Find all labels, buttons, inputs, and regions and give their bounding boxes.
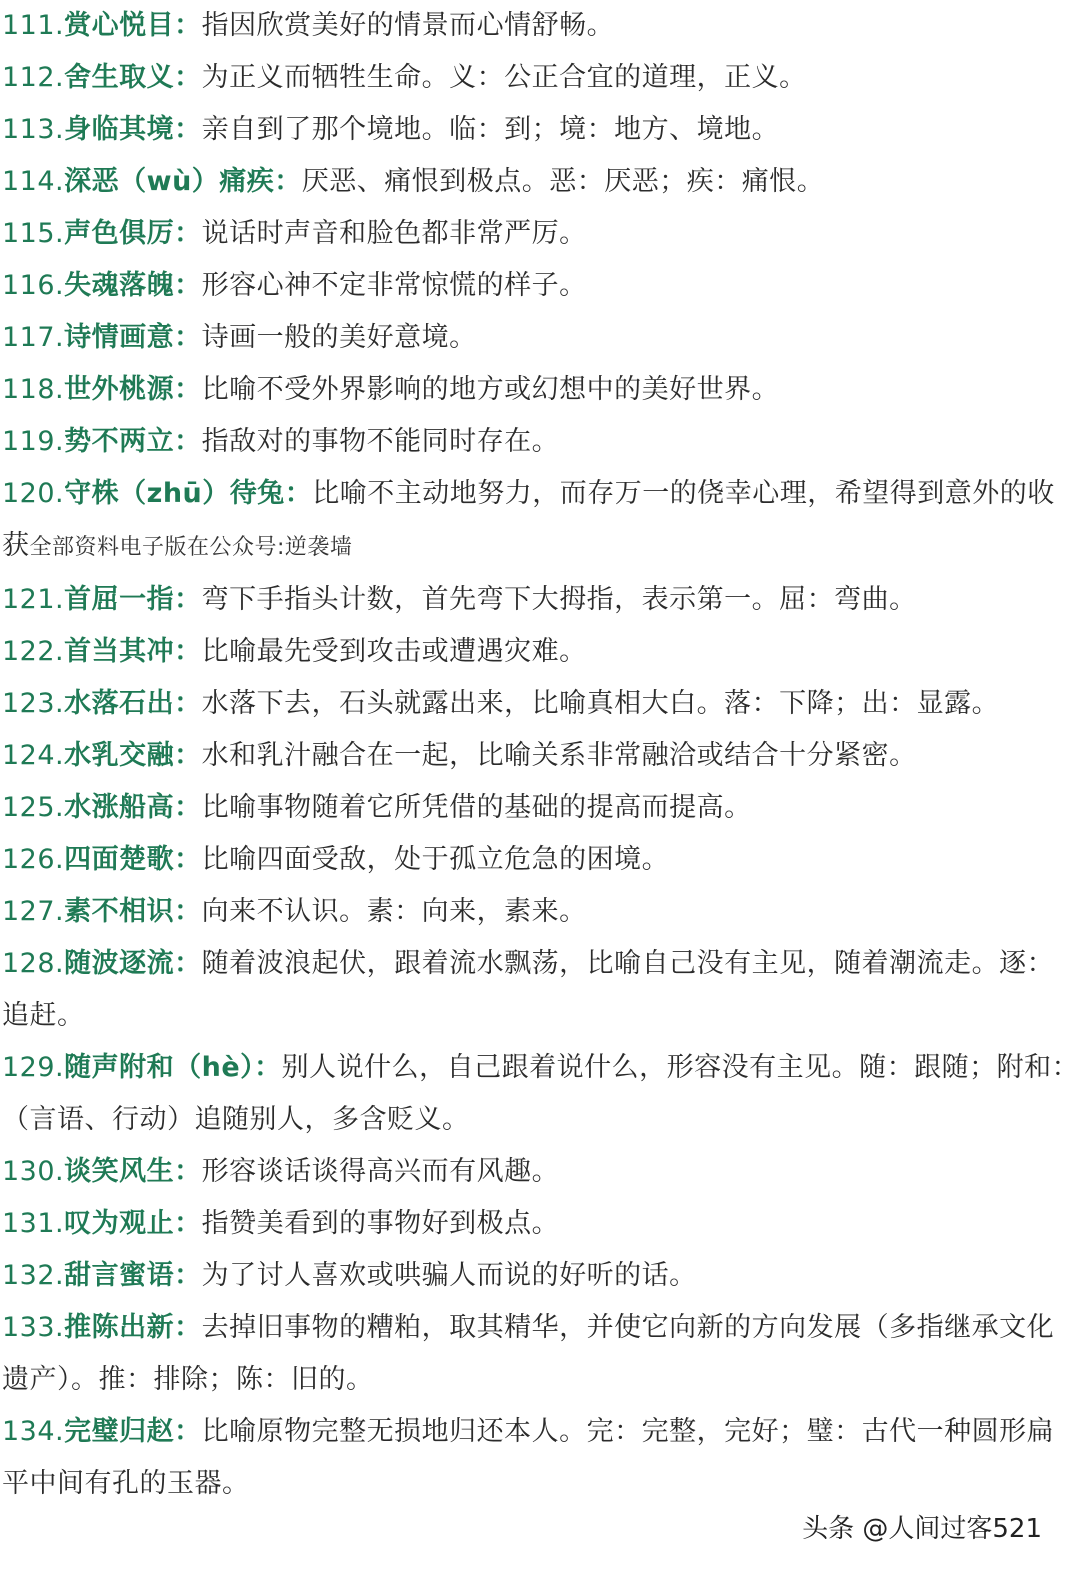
idiom-term: 首当其冲： bbox=[64, 636, 202, 667]
entry-number: 128. bbox=[2, 948, 64, 979]
idiom-term: 深恶（wù）痛疾： bbox=[64, 166, 302, 197]
promo-note: 全部资料电子版在公众号:逆袭墙 bbox=[30, 535, 353, 560]
idiom-term: 诗情画意： bbox=[64, 322, 202, 353]
idiom-term: 四面楚歌： bbox=[64, 844, 202, 875]
idiom-entry: 132.甜言蜜语：为了讨人喜欢或哄骗人而说的好听的话。 bbox=[0, 1250, 1080, 1302]
idiom-entry: 114.深恶（wù）痛疾：厌恶、痛恨到极点。恶：厌恶；疾：痛恨。 bbox=[0, 156, 1080, 208]
entry-number: 118. bbox=[2, 374, 64, 405]
idiom-definition: 比喻事物随着它所凭借的基础的提高而提高。 bbox=[202, 792, 752, 823]
idiom-entry: 125.水涨船高：比喻事物随着它所凭借的基础的提高而提高。 bbox=[0, 782, 1080, 834]
idiom-term: 舍生取义： bbox=[64, 62, 202, 93]
idiom-list: 111.赏心悦目：指因欣赏美好的情景而心情舒畅。112.舍生取义：为正义而牺牲生… bbox=[0, 0, 1080, 1510]
idiom-term: 甜言蜜语： bbox=[64, 1260, 202, 1291]
idiom-term: 完璧归赵： bbox=[64, 1416, 202, 1447]
idiom-definition: 比喻不受外界影响的地方或幻想中的美好世界。 bbox=[202, 374, 780, 405]
idiom-entry: 118.世外桃源：比喻不受外界影响的地方或幻想中的美好世界。 bbox=[0, 364, 1080, 416]
entry-number: 116. bbox=[2, 270, 64, 301]
idiom-term: 身临其境： bbox=[64, 114, 202, 145]
idiom-term: 势不两立： bbox=[64, 426, 202, 457]
idiom-term: 随声附和（hè）： bbox=[64, 1052, 282, 1083]
entry-number: 125. bbox=[2, 792, 64, 823]
idiom-entry: 123.水落石出：水落下去，石头就露出来，比喻真相大白。落：下降；出：显露。 bbox=[0, 678, 1080, 730]
idiom-term: 随波逐流： bbox=[64, 948, 202, 979]
entry-number: 119. bbox=[2, 426, 64, 457]
idiom-term: 赏心悦目： bbox=[64, 10, 202, 41]
entry-number: 122. bbox=[2, 636, 64, 667]
entry-number: 121. bbox=[2, 584, 64, 615]
entry-number: 120. bbox=[2, 478, 64, 509]
idiom-entry: 127.素不相识：向来不认识。素：向来，素来。 bbox=[0, 886, 1080, 938]
idiom-term: 首屈一指： bbox=[64, 584, 202, 615]
idiom-entry: 120.守株（zhū）待兔：比喻不主动地努力，而存万一的侥幸心理，希望得到意外的… bbox=[0, 468, 1080, 574]
idiom-definition: 指因欣赏美好的情景而心情舒畅。 bbox=[202, 10, 615, 41]
idiom-definition: 弯下手指头计数，首先弯下大拇指，表示第一。屈：弯曲。 bbox=[202, 584, 917, 615]
idiom-entry: 113.身临其境：亲自到了那个境地。临：到；境：地方、境地。 bbox=[0, 104, 1080, 156]
idiom-entry: 131.叹为观止：指赞美看到的事物好到极点。 bbox=[0, 1198, 1080, 1250]
idiom-definition: 指赞美看到的事物好到极点。 bbox=[202, 1208, 560, 1239]
idiom-term: 守株（zhū）待兔： bbox=[64, 478, 312, 509]
idiom-entry: 134.完璧归赵：比喻原物完整无损地归还本人。完：完整，完好；璧：古代一种圆形扁… bbox=[0, 1406, 1080, 1510]
entry-number: 126. bbox=[2, 844, 64, 875]
idiom-entry: 119.势不两立：指敌对的事物不能同时存在。 bbox=[0, 416, 1080, 468]
idiom-entry: 126.四面楚歌：比喻四面受敌，处于孤立危急的困境。 bbox=[0, 834, 1080, 886]
idiom-definition: 厌恶、痛恨到极点。恶：厌恶；疾：痛恨。 bbox=[302, 166, 825, 197]
idiom-term: 世外桃源： bbox=[64, 374, 202, 405]
idiom-definition: 比喻最先受到攻击或遭遇灾难。 bbox=[202, 636, 587, 667]
entry-number: 112. bbox=[2, 62, 64, 93]
idiom-definition: 为正义而牺牲生命。义：公正合宜的道理，正义。 bbox=[202, 62, 807, 93]
idiom-term: 谈笑风生： bbox=[64, 1156, 202, 1187]
idiom-definition: 形容心神不定非常惊慌的样子。 bbox=[202, 270, 587, 301]
entry-number: 132. bbox=[2, 1260, 64, 1291]
idiom-definition: 向来不认识。素：向来，素来。 bbox=[202, 896, 587, 927]
idiom-term: 推陈出新： bbox=[64, 1312, 202, 1343]
idiom-entry: 116.失魂落魄：形容心神不定非常惊慌的样子。 bbox=[0, 260, 1080, 312]
idiom-definition: 亲自到了那个境地。临：到；境：地方、境地。 bbox=[202, 114, 780, 145]
idiom-definition: 形容谈话谈得高兴而有风趣。 bbox=[202, 1156, 560, 1187]
idiom-definition: 为了讨人喜欢或哄骗人而说的好听的话。 bbox=[202, 1260, 697, 1291]
idiom-entry: 122.首当其冲：比喻最先受到攻击或遭遇灾难。 bbox=[0, 626, 1080, 678]
entry-number: 129. bbox=[2, 1052, 64, 1083]
idiom-entry: 117.诗情画意：诗画一般的美好意境。 bbox=[0, 312, 1080, 364]
idiom-entry: 128.随波逐流：随着波浪起伏，跟着流水飘荡，比喻自己没有主见，随着潮流走。逐：… bbox=[0, 938, 1080, 1042]
entry-number: 111. bbox=[2, 10, 64, 41]
idiom-entry: 124.水乳交融：水和乳汁融合在一起，比喻关系非常融洽或结合十分紧密。 bbox=[0, 730, 1080, 782]
idiom-term: 水涨船高： bbox=[64, 792, 202, 823]
idiom-term: 失魂落魄： bbox=[64, 270, 202, 301]
idiom-term: 水乳交融： bbox=[64, 740, 202, 771]
idiom-definition: 比喻四面受敌，处于孤立危急的困境。 bbox=[202, 844, 670, 875]
idiom-definition: 诗画一般的美好意境。 bbox=[202, 322, 477, 353]
idiom-definition: 水和乳汁融合在一起，比喻关系非常融洽或结合十分紧密。 bbox=[202, 740, 917, 771]
entry-number: 114. bbox=[2, 166, 64, 197]
entry-number: 123. bbox=[2, 688, 64, 719]
entry-number: 115. bbox=[2, 218, 64, 249]
idiom-entry: 115.声色俱厉：说话时声音和脸色都非常严厉。 bbox=[0, 208, 1080, 260]
entry-number: 124. bbox=[2, 740, 64, 771]
idiom-entry: 129.随声附和（hè）：别人说什么，自己跟着说什么，形容没有主见。随：跟随；附… bbox=[0, 1042, 1080, 1146]
idiom-entry: 112.舍生取义：为正义而牺牲生命。义：公正合宜的道理，正义。 bbox=[0, 52, 1080, 104]
idiom-term: 叹为观止： bbox=[64, 1208, 202, 1239]
entry-number: 131. bbox=[2, 1208, 64, 1239]
entry-number: 130. bbox=[2, 1156, 64, 1187]
idiom-term: 素不相识： bbox=[64, 896, 202, 927]
idiom-definition: 水落下去，石头就露出来，比喻真相大白。落：下降；出：显露。 bbox=[202, 688, 1000, 719]
entry-number: 134. bbox=[2, 1416, 64, 1447]
idiom-entry: 130.谈笑风生：形容谈话谈得高兴而有风趣。 bbox=[0, 1146, 1080, 1198]
idiom-entry: 111.赏心悦目：指因欣赏美好的情景而心情舒畅。 bbox=[0, 0, 1080, 52]
idiom-term: 水落石出： bbox=[64, 688, 202, 719]
watermark: 头条 @人间过客521 bbox=[802, 1508, 1042, 1545]
idiom-term: 声色俱厉： bbox=[64, 218, 202, 249]
idiom-definition: 说话时声音和脸色都非常严厉。 bbox=[202, 218, 587, 249]
entry-number: 133. bbox=[2, 1312, 64, 1343]
idiom-definition: 指敌对的事物不能同时存在。 bbox=[202, 426, 560, 457]
entry-number: 113. bbox=[2, 114, 64, 145]
entry-number: 127. bbox=[2, 896, 64, 927]
idiom-entry: 121.首屈一指：弯下手指头计数，首先弯下大拇指，表示第一。屈：弯曲。 bbox=[0, 574, 1080, 626]
idiom-entry: 133.推陈出新：去掉旧事物的糟粕，取其精华，并使它向新的方向发展（多指继承文化… bbox=[0, 1302, 1080, 1406]
entry-number: 117. bbox=[2, 322, 64, 353]
